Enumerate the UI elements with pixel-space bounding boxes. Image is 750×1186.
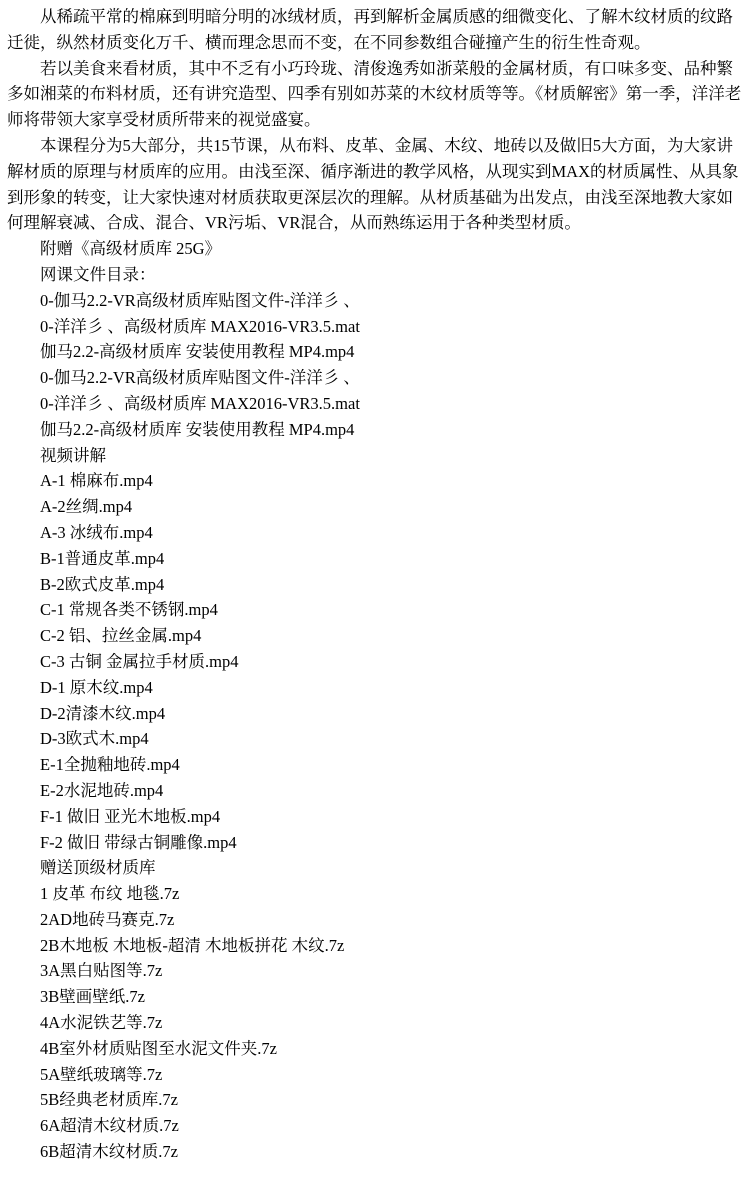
intro-paragraph: 本课程分为5大部分，共15节课，从布料、皮革、金属、木纹、地砖以及做旧5大方面，… xyxy=(7,133,743,236)
video-file-item: A-1 棉麻布.mp4 xyxy=(7,468,743,494)
catalog-file-item: 0-伽马2.2-VR高级材质库贴图文件-洋洋彡 、 xyxy=(7,288,743,314)
bonus-archive-item: 2B木地板 木地板-超清 木地板拼花 木纹.7z xyxy=(7,933,743,959)
video-file-item: C-2 铝、拉丝金属.mp4 xyxy=(7,623,743,649)
catalog-section: 0-伽马2.2-VR高级材质库贴图文件-洋洋彡 、 0-洋洋彡 、高级材质库 M… xyxy=(7,288,743,443)
catalog-file-item: 伽马2.2-高级材质库 安装使用教程 MP4.mp4 xyxy=(7,339,743,365)
video-file-item: D-1 原木纹.mp4 xyxy=(7,675,743,701)
intro-paragraph: 若以美食来看材质，其中不乏有小巧玲珑、清俊逸秀如浙菜般的金属材质，有口味多变、品… xyxy=(7,56,743,133)
course-description-document: 从稀疏平常的棉麻到明暗分明的冰绒材质，再到解析金属质感的细微变化、了解木纹材质的… xyxy=(0,0,750,1186)
intro-paragraph: 从稀疏平常的棉麻到明暗分明的冰绒材质，再到解析金属质感的细微变化、了解木纹材质的… xyxy=(7,4,743,56)
video-file-item: A-2丝绸.mp4 xyxy=(7,494,743,520)
video-file-item: A-3 冰绒布.mp4 xyxy=(7,520,743,546)
bonus-archive-item: 2AD地砖马赛克.7z xyxy=(7,907,743,933)
bonus-library-title: 赠送顶级材质库 xyxy=(7,855,743,881)
bonus-archive-item: 5B经典老材质库.7z xyxy=(7,1087,743,1113)
bonus-archive-item: 4A水泥铁艺等.7z xyxy=(7,1010,743,1036)
catalog-file-item: 伽马2.2-高级材质库 安装使用教程 MP4.mp4 xyxy=(7,417,743,443)
bonus-archive-item: 6B超清木纹材质.7z xyxy=(7,1139,743,1165)
bonus-archive-item: 3B壁画壁纸.7z xyxy=(7,984,743,1010)
video-file-item: F-2 做旧 带绿古铜雕像.mp4 xyxy=(7,830,743,856)
video-file-item: B-2欧式皮革.mp4 xyxy=(7,572,743,598)
video-file-item: E-2水泥地砖.mp4 xyxy=(7,778,743,804)
bonus-archive-item: 6A超清木纹材质.7z xyxy=(7,1113,743,1139)
video-file-item: B-1普通皮革.mp4 xyxy=(7,546,743,572)
bonus-library-section: 1 皮革 布纹 地毯.7z 2AD地砖马赛克.7z 2B木地板 木地板-超清 木… xyxy=(7,881,743,1165)
bonus-archive-item: 5A壁纸玻璃等.7z xyxy=(7,1062,743,1088)
video-file-item: D-2清漆木纹.mp4 xyxy=(7,701,743,727)
bonus-archive-item: 4B室外材质贴图至水泥文件夹.7z xyxy=(7,1036,743,1062)
intro-section: 从稀疏平常的棉麻到明暗分明的冰绒材质，再到解析金属质感的细微变化、了解木纹材质的… xyxy=(7,4,743,236)
video-file-item: C-3 古铜 金属拉手材质.mp4 xyxy=(7,649,743,675)
video-file-item: D-3欧式木.mp4 xyxy=(7,726,743,752)
bonus-note: 附赠《高级材质库 25G》 xyxy=(7,236,743,262)
bonus-archive-item: 1 皮革 布纹 地毯.7z xyxy=(7,881,743,907)
video-file-item: E-1全抛釉地砖.mp4 xyxy=(7,752,743,778)
video-section-title: 视频讲解 xyxy=(7,443,743,469)
catalog-file-item: 0-洋洋彡 、高级材质库 MAX2016-VR3.5.mat xyxy=(7,314,743,340)
video-section: A-1 棉麻布.mp4 A-2丝绸.mp4 A-3 冰绒布.mp4 B-1普通皮… xyxy=(7,468,743,855)
video-file-item: C-1 常规各类不锈钢.mp4 xyxy=(7,597,743,623)
catalog-title: 网课文件目录： xyxy=(7,262,743,288)
catalog-file-item: 0-伽马2.2-VR高级材质库贴图文件-洋洋彡 、 xyxy=(7,365,743,391)
bonus-archive-item: 3A黑白贴图等.7z xyxy=(7,958,743,984)
catalog-file-item: 0-洋洋彡 、高级材质库 MAX2016-VR3.5.mat xyxy=(7,391,743,417)
video-file-item: F-1 做旧 亚光木地板.mp4 xyxy=(7,804,743,830)
